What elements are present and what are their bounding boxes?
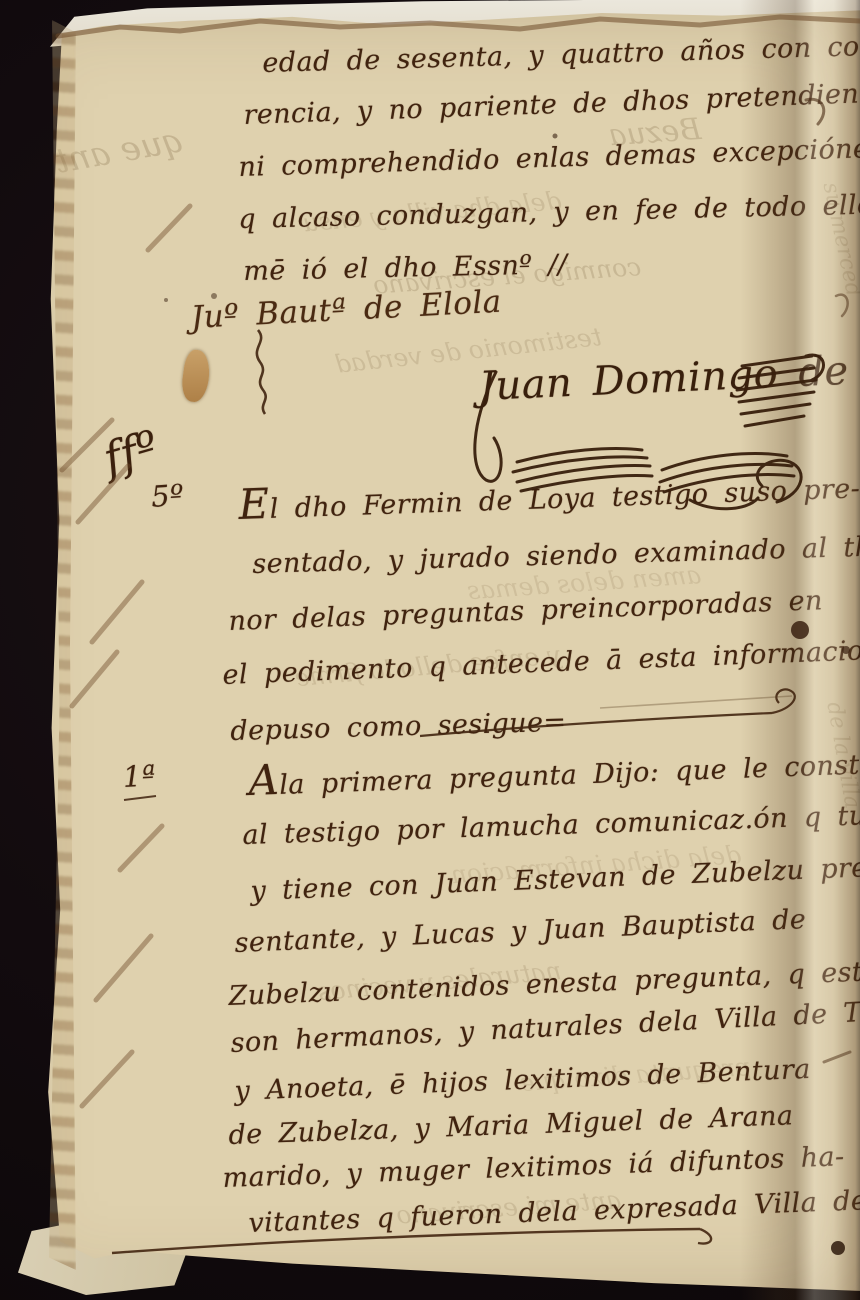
manuscript-line: de Zubelza, y Maria Miguel de Arana [228, 1100, 794, 1151]
stain [180, 348, 213, 403]
ghost-text: que ante mi passo en la [0, 120, 187, 230]
manuscript-photo: Bezua dela dha villa y ensu conmigo el e… [0, 0, 860, 1300]
manuscript-page: Bezua dela dha villa y ensu conmigo el e… [0, 0, 860, 1300]
margin-question-number: 1ª [122, 758, 157, 794]
attestation-signature: Juº Bautª de Elola [190, 284, 502, 336]
page-gutter-shadow [740, 0, 860, 1300]
manuscript-line: y Anoeta, ē hijos lexitimos de Bentura [234, 1054, 811, 1107]
margin-folio-mark: ffº [98, 421, 164, 485]
manuscript-line: sentante, y Lucas y Juan Bauptista de [234, 904, 807, 959]
margin-witness-number: 5º [150, 478, 185, 514]
manuscript-line: depuso como sesigue= [230, 707, 567, 747]
